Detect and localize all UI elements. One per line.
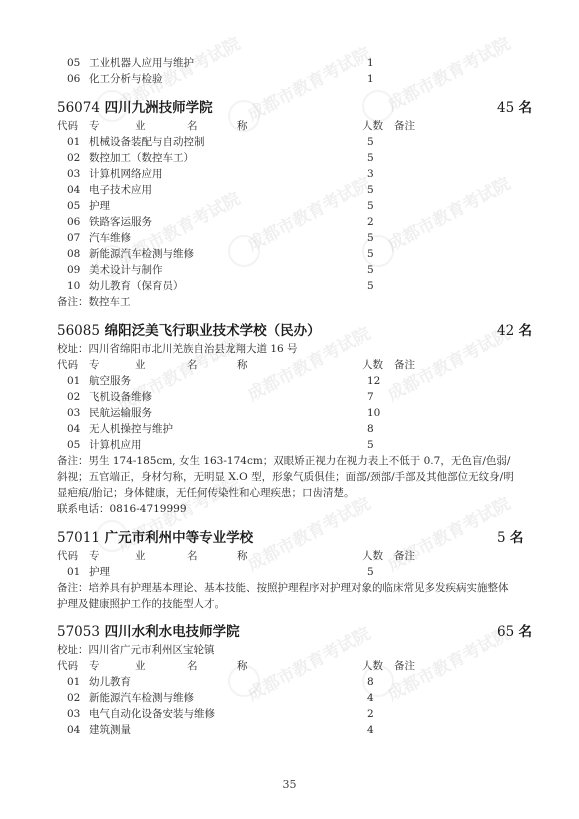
school-name: 广元市利州中等专业学校	[105, 530, 254, 546]
school-heading: 57053 四川水利水电技师学院 65 名	[57, 622, 527, 642]
school-address: 校址：四川省绵阳市北川羌族自治县龙翔大道 16 号	[57, 341, 517, 357]
school-quota: 42 名	[497, 321, 532, 341]
table-row: 01航空服务12	[0, 373, 579, 389]
school-heading: 57011 广元市利州中等专业学校 5 名	[57, 528, 527, 548]
table-header: 代码 专 业 名 称 人数 备注	[0, 357, 579, 373]
table-row: 01护理5	[0, 564, 579, 580]
school-heading: 56085 绵阳泛美飞行职业技术学校（民办） 42 名	[57, 321, 527, 341]
table-row: 03电气自动化设备安装与维修2	[0, 706, 579, 722]
table-row: 02数控加工（数控车工）5	[0, 150, 579, 166]
school-quota: 65 名	[497, 622, 532, 642]
school-id: 56085	[57, 323, 100, 339]
table-header: 代码 专 业 名 称 人数 备注	[0, 548, 579, 564]
table-row: 07汽车维修5	[0, 230, 579, 246]
table-row: 06 化工分析与检验 1	[0, 71, 579, 87]
table-row: 01幼儿教育8	[0, 674, 579, 690]
table-header: 代码 专 业 名 称 人数 备注	[0, 118, 579, 134]
table-row: 10幼儿教育（保育员）5	[0, 278, 579, 294]
table-row: 05护理5	[0, 198, 579, 214]
table-row: 04建筑测量4	[0, 722, 579, 738]
school-name: 四川九洲技师学院	[105, 100, 213, 116]
table-header: 代码 专 业 名 称 人数 备注	[0, 658, 579, 674]
school-quota: 5 名	[497, 528, 523, 548]
table-row: 03计算机网络应用3	[0, 166, 579, 182]
table-row: 09美术设计与制作5	[0, 262, 579, 278]
school-address: 校址：四川省广元市利州区宝轮镇	[57, 642, 517, 658]
table-row: 04电子技术应用5	[0, 182, 579, 198]
school-id: 56074	[57, 100, 100, 116]
table-row: 05 工业机器人应用与维护 1	[0, 55, 579, 71]
page-number: 35	[0, 778, 579, 791]
document-page: 成都市教育考试院 成都市教育考试院 成都市教育考试院 成都市教育考试院 成都市教…	[0, 0, 579, 819]
school-quota: 45 名	[497, 98, 532, 118]
table-row: 08新能源汽车检测与维修5	[0, 246, 579, 262]
school-remark: 备注：数控车工	[57, 294, 517, 310]
table-row: 06铁路客运服务2	[0, 214, 579, 230]
school-id: 57053	[57, 624, 100, 640]
table-row: 02飞机设备维修7	[0, 389, 579, 405]
school-remark: 备注：男生 174-185cm, 女生 163-174cm；双眼矫正视力在视力表…	[57, 453, 517, 501]
table-row: 03民航运输服务10	[0, 405, 579, 421]
school-heading: 56074 四川九洲技师学院 45 名	[57, 98, 527, 118]
school-remark: 备注：培养具有护理基本理论、基本技能、按照护理程序对护理对象的临床常见多发疾病实…	[57, 580, 517, 612]
school-phone: 联系电话：0816-4719999	[57, 501, 517, 517]
table-row: 02新能源汽车检测与维修4	[0, 690, 579, 706]
table-row: 01机械设备装配与自动控制5	[0, 134, 579, 150]
table-row: 05计算机应用5	[0, 437, 579, 453]
table-row: 04无人机操控与维护8	[0, 421, 579, 437]
school-name: 绵阳泛美飞行职业技术学校（民办）	[105, 323, 321, 339]
school-id: 57011	[57, 530, 100, 546]
school-name: 四川水利水电技师学院	[105, 624, 240, 640]
